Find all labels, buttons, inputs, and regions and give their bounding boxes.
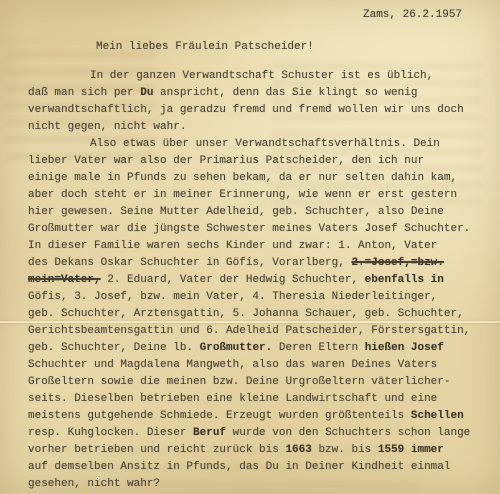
letter-body: In der ganzen Verwandtschaft Schuster is… [28, 68, 494, 493]
letter-line: seits. Dieselben betrieben eine kleine L… [28, 391, 494, 408]
letter-line: des Dekans Oskar Schuchter in Göfis, Vor… [28, 255, 494, 272]
text-segment: Also etwas über unser Verwandtschaftsver… [90, 138, 440, 150]
text-segment: nicht gegen, nicht wahr. [28, 121, 186, 133]
letter-line: Also etwas über unser Verwandtschaftsver… [28, 136, 494, 153]
text-segment: 2. Eduard, Vater der Hedwig Schuchter, [101, 274, 365, 286]
letter-line: meistens gutgehende Schmiede. Erzeugt wu… [28, 408, 494, 425]
text-segment: geb. Schuchter, Deine lb. [28, 342, 200, 354]
letter-line: In dieser Familie waren sechs Kinder und… [28, 238, 494, 255]
text-segment: auf demselben Ansitz in Pfunds, das Du i… [28, 461, 450, 473]
text-segment: daß man sich per [28, 87, 140, 99]
text-segment: wurde von den Schuchters schon lange [226, 427, 470, 439]
letter-line: gesehen, nicht wahr? [28, 476, 494, 493]
letter-line: Großeltern sowie die meinen bzw. Deine U… [28, 374, 494, 391]
text-segment: Schellen [411, 410, 464, 422]
letter-line: aber doch steht er in meiner Erinnerung,… [28, 187, 494, 204]
text-segment: gesehen, nicht wahr? [28, 478, 160, 490]
text-segment: bzw. bis [312, 444, 378, 456]
dateline: Zams, 26.2.1957 [363, 7, 462, 23]
text-segment: In dieser Familie waren sechs Kinder und… [28, 240, 437, 252]
letter-line: geb. Schuchter, Arztensgattin, 5. Johann… [28, 306, 494, 323]
struck-text: 2.=Josef,=bzw. [351, 257, 443, 269]
letter-line: daß man sich per Du anspricht, denn das … [28, 85, 494, 102]
letter-line: resp. Kuhglocken. Dieser Beruf wurde von… [28, 425, 494, 442]
struck-text: mein=Vater, [28, 274, 101, 286]
letter-line: Schuchter und Magdalena Mangweth, also d… [28, 357, 494, 374]
letter-line: nicht gegen, nicht wahr. [28, 119, 494, 136]
text-segment: Göfis, 3. Josef, bzw. mein Vater, 4. The… [28, 291, 437, 303]
text-segment: seits. Dieselben betrieben eine kleine L… [28, 393, 437, 405]
text-segment: Gerichtsbeamtensgattin und 6. Adelheid P… [28, 325, 470, 337]
paragraph: Also etwas über unser Verwandtschaftsver… [28, 136, 494, 493]
letter-line: geb. Schuchter, Deine lb. Großmutter. De… [28, 340, 494, 357]
text-segment: Großmutter. [200, 342, 273, 354]
paragraph: In der ganzen Verwandtschaft Schuster is… [28, 68, 494, 136]
text-segment: lieber Vater war also der Primarius Pats… [28, 155, 424, 167]
text-segment: verwandtschaftlich, ja geradzu fremd und… [28, 104, 464, 116]
letter-line: auf demselben Ansitz in Pfunds, das Du i… [28, 459, 494, 476]
letter-line: Großmutter war die jüngste Schwester mei… [28, 221, 494, 238]
text-segment: meistens gutgehende Schmiede. Erzeugt wu… [28, 410, 411, 422]
letter-line: lieber Vater war also der Primarius Pats… [28, 153, 494, 170]
text-segment: Schuchter und Magdalena Mangweth, also d… [28, 359, 437, 371]
text-segment: Beruf [193, 427, 226, 439]
text-segment: Deren Eltern [272, 342, 364, 354]
text-segment: hier gewesen. Seine Mutter Adelheid, geb… [28, 206, 444, 218]
text-segment: aber doch steht er in meiner Erinnerung,… [28, 189, 457, 201]
text-segment: Großmutter war die jüngste Schwester mei… [28, 223, 470, 235]
letter-line: vorher betrieben und reicht zurück bis 1… [28, 442, 494, 459]
text-segment: Du [140, 87, 153, 99]
text-segment: resp. Kuhglocken. Dieser [28, 427, 193, 439]
text-segment: hießen Josef [365, 342, 444, 354]
salutation: Mein liebes Fräulein Patscheider! [96, 39, 314, 55]
text-segment: Großeltern sowie die meinen bzw. Deine U… [28, 376, 450, 388]
text-segment: 1663 [285, 444, 311, 456]
letter-line: einige male in Pfunds zu sehen bekam, da… [28, 170, 494, 187]
text-segment: In der ganzen Verwandtschaft Schuster is… [90, 70, 433, 82]
letter-line: mein=Vater, 2. Eduard, Vater der Hedwig … [28, 272, 494, 289]
text-segment: 1559 immer [378, 444, 444, 456]
letter-line: verwandtschaftlich, ja geradzu fremd und… [28, 102, 494, 119]
letter-page: Zams, 26.2.1957 Mein liebes Fräulein Pat… [0, 0, 500, 494]
letter-line: Gerichtsbeamtensgattin und 6. Adelheid P… [28, 323, 494, 340]
text-segment: anspricht, denn das Sie klingt so wenig [153, 87, 417, 99]
text-segment: einige male in Pfunds zu sehen bekam, da… [28, 172, 457, 184]
text-segment: vorher betrieben und reicht zurück bis [28, 444, 285, 456]
text-segment: geb. Schuchter, Arztensgattin, 5. Johann… [28, 308, 464, 320]
text-segment: des Dekans Oskar Schuchter in Göfis, Vor… [28, 257, 351, 269]
letter-line: hier gewesen. Seine Mutter Adelheid, geb… [28, 204, 494, 221]
text-segment: ebenfalls in [365, 274, 444, 286]
letter-line: Göfis, 3. Josef, bzw. mein Vater, 4. The… [28, 289, 494, 306]
letter-line: In der ganzen Verwandtschaft Schuster is… [28, 68, 494, 85]
